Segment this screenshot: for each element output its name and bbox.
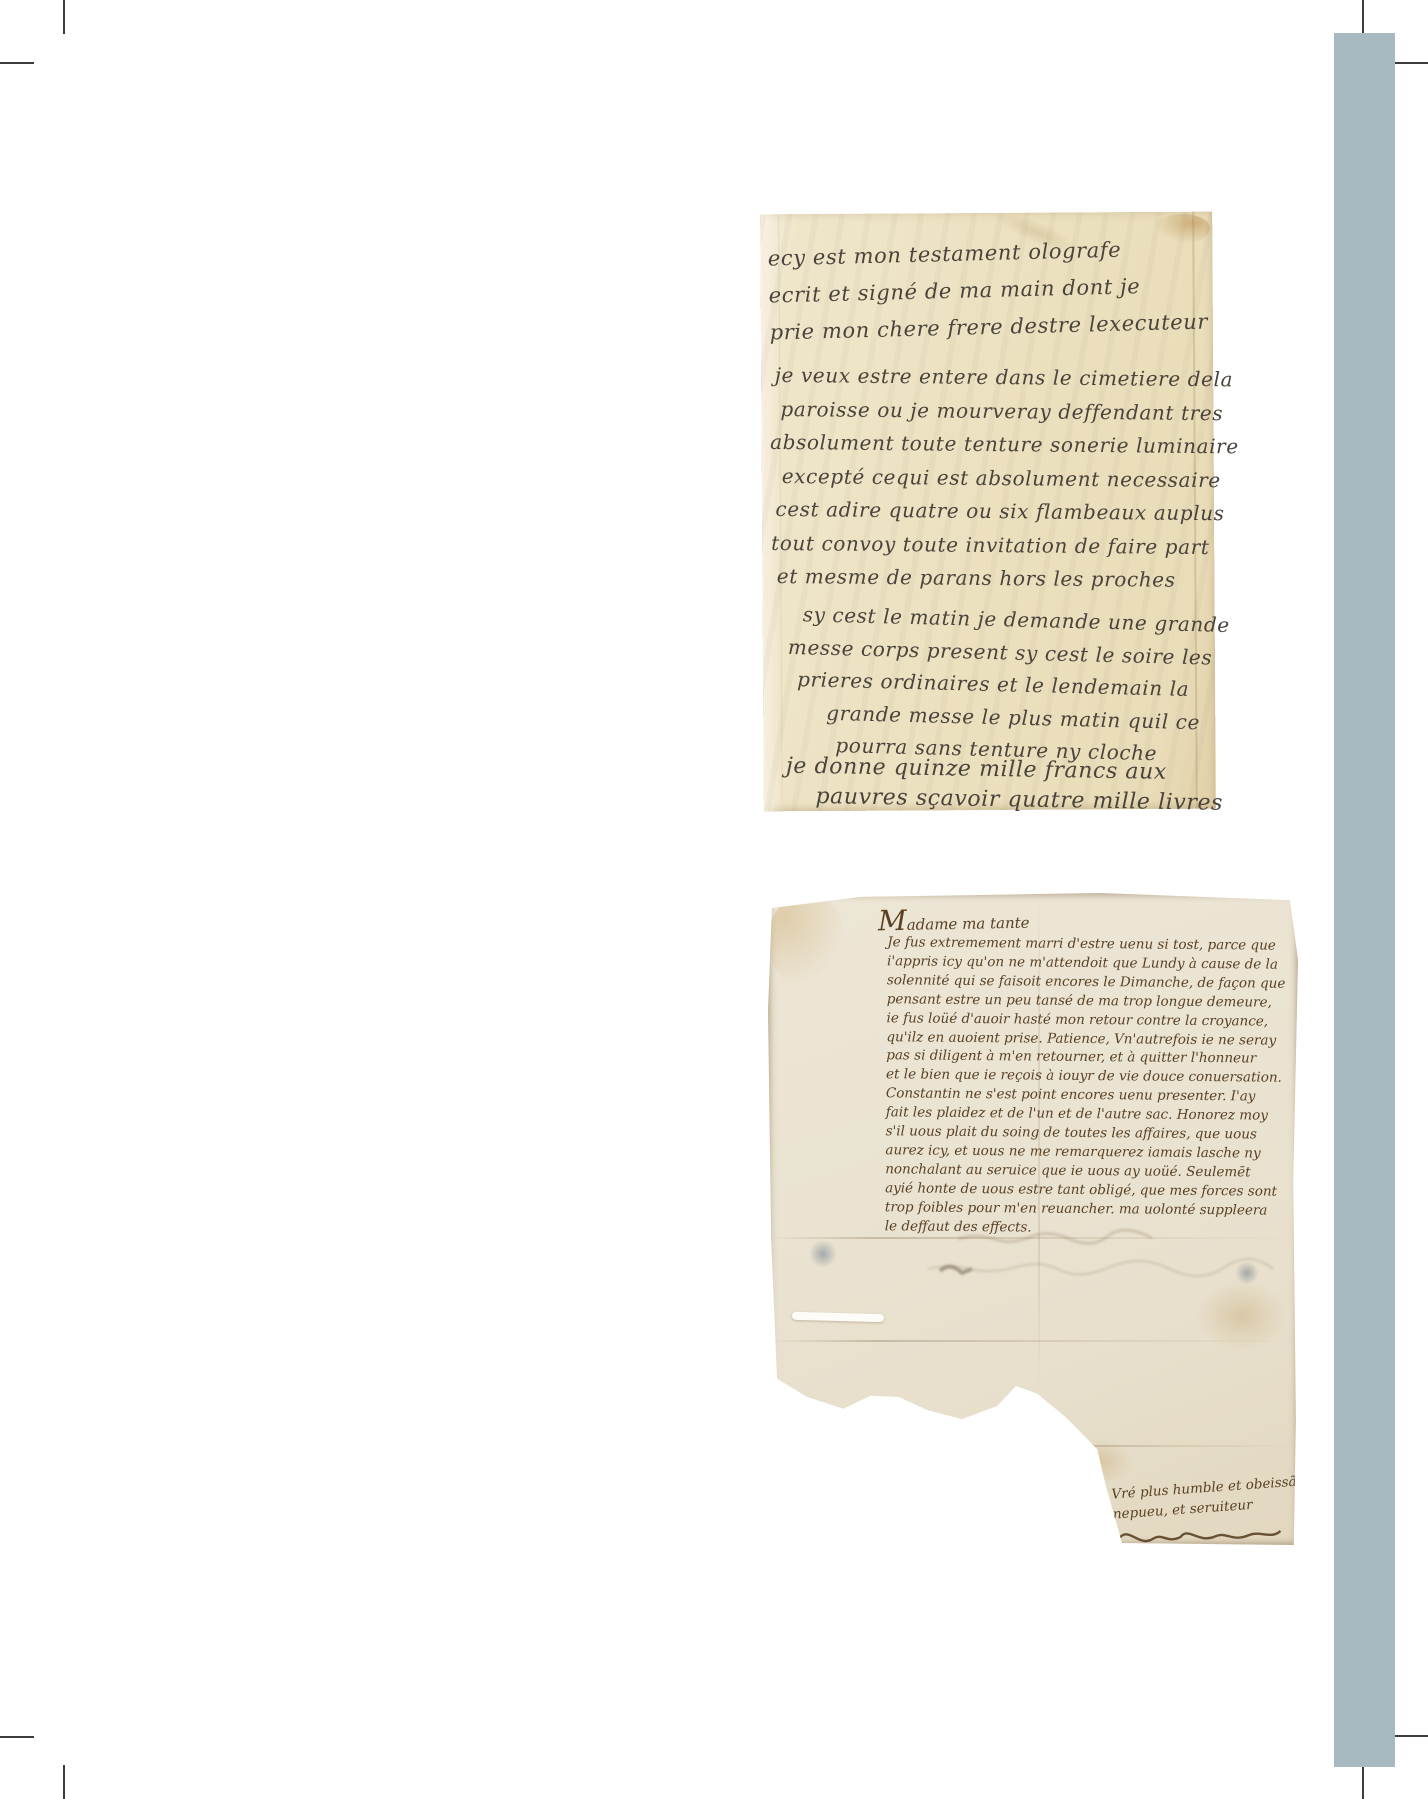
testament-block-3: sy cest le matin je demande une grande m… [769,597,1213,771]
fold-crease [1012,1445,1298,1447]
manuscript-line: paroisse ou je mourveray deffendant tres [780,392,1210,430]
crop-mark-bottom-left-vertical [63,1765,65,1799]
manuscript-line: et mesme de parans hors les proches [777,560,1209,598]
manuscript-letter: Madame ma tante Je fus extremement marri… [768,893,1298,1545]
manuscript-line: absolument toute tenture sonerie luminai… [770,426,1210,464]
manuscript-line: pauvres sçavoir quatre mille livres [815,782,1211,819]
fold-crease [768,1340,1298,1342]
crop-mark-top-right-horizontal [1395,62,1428,64]
verso-bleedthrough-marks [918,1225,1308,1285]
crop-mark-top-left-horizontal [0,62,34,64]
testament-block-1: ecy est mon testament olografe ecrit et … [767,229,1210,351]
crop-mark-bottom-right-vertical [1362,1766,1364,1799]
manuscript-line: tout convoy toute invitation de faire pa… [771,526,1209,564]
manuscript-line: je veux estre entere dans le cimetiere d… [775,359,1211,397]
manuscript-testament: ecy est mon testament olografe ecrit et … [760,212,1216,812]
paper-stain [768,893,846,988]
letter-body: Je fus extremement marri d'estre uenu si… [885,933,1294,1239]
paper-slit-hole [792,1312,884,1322]
accent-bar [1334,33,1395,1767]
letter-salutation: Madame ma tante [878,902,1030,938]
letter-closing: Vré plus humble et obeissãt nepueu, et s… [1111,1471,1305,1553]
crop-mark-top-left-vertical [63,0,65,34]
manuscript-line: cest adire quatre ou six flambeaux auplu… [775,493,1209,531]
manuscript-line: excepté cequi est absolument necessaire [782,459,1210,497]
crop-mark-bottom-right-horizontal [1394,1735,1428,1737]
testament-block-2: je veux estre entere dans le cimetiere d… [769,359,1211,598]
seal-ghost-spot [810,1239,836,1269]
testament-block-4: je donne quinze mille francs aux pauvres… [771,751,1212,818]
crop-mark-top-right-vertical [1362,0,1364,34]
crop-mark-bottom-left-horizontal [0,1736,34,1738]
scanned-catalog-page: ecy est mon testament olografe ecrit et … [0,0,1428,1799]
